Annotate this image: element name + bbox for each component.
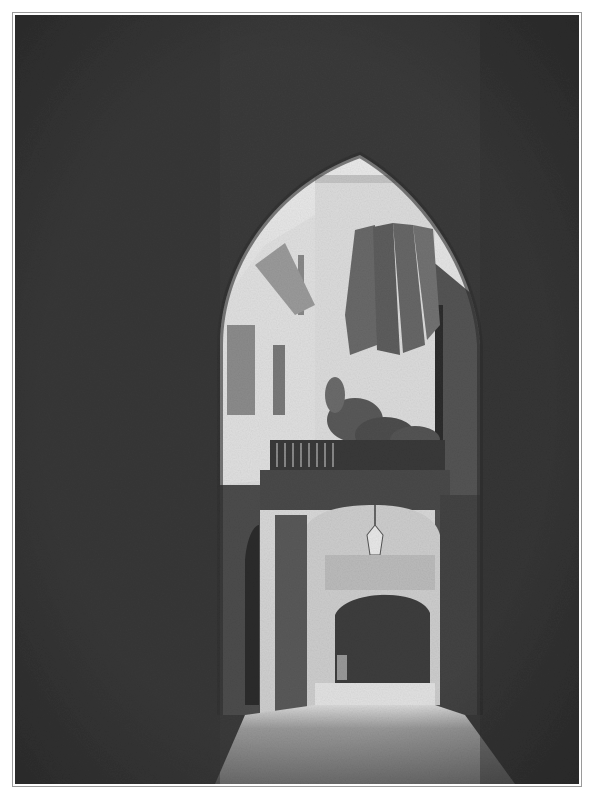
alley-photograph	[15, 15, 579, 784]
photo-illustration	[15, 15, 579, 784]
